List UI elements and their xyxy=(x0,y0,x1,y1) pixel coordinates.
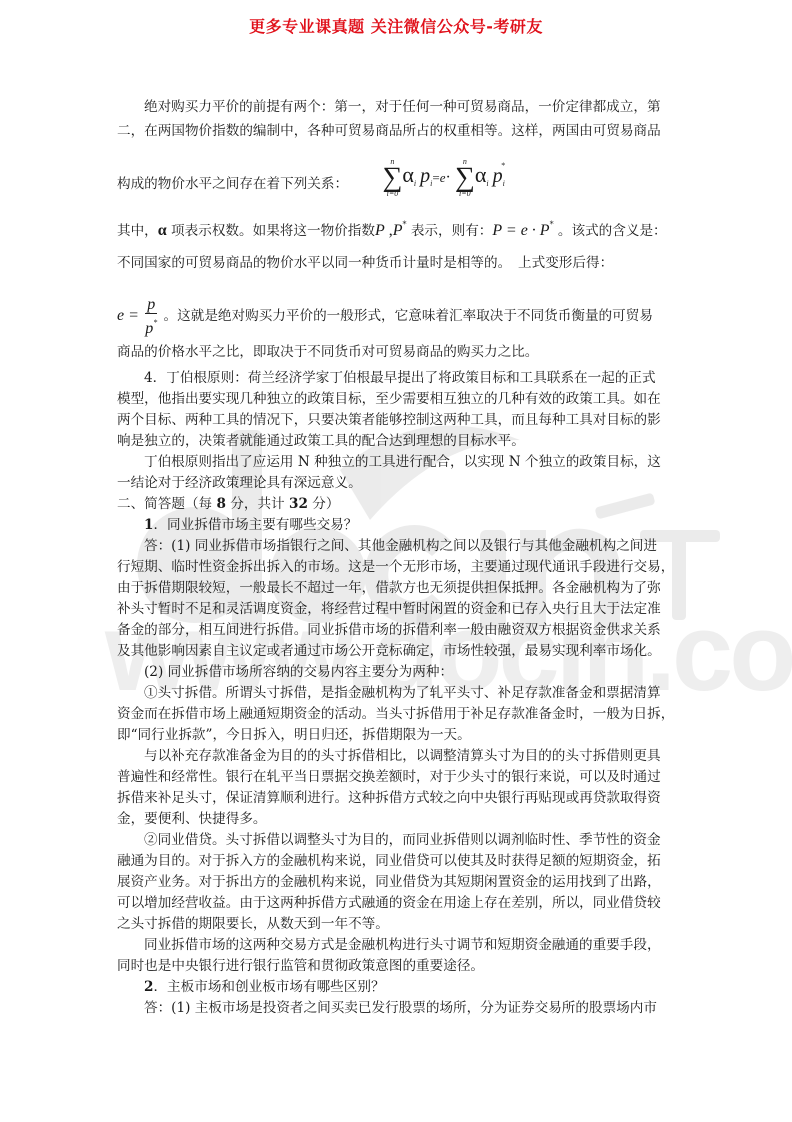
paragraph-line: 响是独立的，决策者就能通过政策工具的配合达到理想的目标水平。 xyxy=(117,432,525,450)
paragraph-line: 不同国家的可贸易商品的物价水平以同一种货币计量时是相等的。 上式变形后得： xyxy=(117,254,613,272)
paragraph-line: 一结论对于经济政策理论具有深远意义。 xyxy=(117,474,362,492)
paragraph-line: 模型，他指出要实现几种独立的政策目标，至少需要相互独立的几种有效的政策工具。如在 xyxy=(117,390,661,408)
paragraph-line: 商品的价格水平之比，即取决于不同货币对可贸易商品的购买力之比。 xyxy=(117,343,538,361)
paragraph-line: 4．丁伯根原则：荷兰经济学家丁伯根最早提出了将政策目标和工具联系在一起的正式 xyxy=(117,369,656,387)
paragraph-line: 答：(1) 同业拆借市场指银行之间、其他金融机构之间以及银行与其他金融机构之间进 xyxy=(117,537,657,555)
paragraph-line: 即“同行业拆款”，今日拆入，明日归还，拆借期限为一天。 xyxy=(117,726,471,744)
paragraph-line: 答：(1) 主板市场是投资者之间买卖已发行股票的场所，分为证券交易所的股票场内市 xyxy=(117,999,657,1017)
paragraph-line: 二，在两国物价指数的编制中，各种可贸易商品所占的权重相等。这样，两国由可贸易商品 xyxy=(117,122,661,140)
paragraph-line: 拆借来补足头寸，保证清算顺利进行。这种拆借方式较之向中央银行再贴现或再贷款取得资 xyxy=(117,789,661,807)
section-heading: 二、简答题（每 8 分，共计 32 分） xyxy=(117,495,339,513)
promo-banner: 更多专业课真题 关注微信公众号-考研友 xyxy=(0,14,792,37)
paragraph-line: 展资产业务。对于拆出方的金融机构来说，同业借贷为其短期闲置资金的运用找到了出路， xyxy=(117,873,661,891)
fraction: p p* xyxy=(145,296,157,337)
paragraph-line: 绝对购买力平价的前提有两个：第一，对于任何一种可贸易商品，一价定律都成立，第 xyxy=(117,98,661,116)
ppp-summation-formula: n ∑ i=0 αi pi=e· n ∑ i=0 αi pi* xyxy=(382,169,508,186)
paragraph-line: 融通为目的。对于拆入方的金融机构来说，同业借贷可以使其及时获得足额的短期资金，拓 xyxy=(117,852,661,870)
formula-line: e = p p* 。这就是绝对购买力平价的一般形式，它意味着汇率取决于不同货币衡… xyxy=(117,296,653,336)
question-heading: 1．同业拆借市场主要有哪些交易？ xyxy=(117,516,357,534)
paragraph-line: 普遍性和经常性。银行在轧平当日票据交换差额时，对于少头寸的银行来说，可以及时通过 xyxy=(117,768,661,786)
paragraph-line: 及其他影响因素自主议定或者通过市场公开竞标确定，市场性较强，最易实现利率市场化。 xyxy=(117,642,661,660)
paragraph-line: (2) 同业拆借市场所容纳的交易内容主要分为两种： xyxy=(117,663,453,681)
paragraph-line: 补头寸暂时不足和灵活调度资金，将经营过程中暂时闲置的资金和已存入央行且大于法定准 xyxy=(117,600,661,618)
paragraph-line: 资金而在拆借市场上融通短期资金的活动。当头寸拆借用于补足存款准备金时，一般为日拆… xyxy=(117,705,674,723)
paragraph-line: ①头寸拆借。所谓头寸拆借，是指金融机构为了轧平头寸、补足存款准备金和票据清算 xyxy=(117,684,661,702)
paragraph-line: 行短期、临时性资金拆出拆入的市场。这是一个无形市场，主要通过现代通讯手段进行交易… xyxy=(117,558,674,576)
paragraph-line: 由于拆借期限较短，一般最长不超过一年，借款方也无须提供担保抵押。各金融机构为了弥 xyxy=(117,579,661,597)
summation-symbol: n ∑ i=0 xyxy=(382,158,402,198)
paragraph-line: 其中，α 项表示权数。如果将这一物价指数P ,P* 表示，则有：P = e · … xyxy=(117,216,667,234)
paragraph-line: ②同业借贷。头寸拆借以调整头寸为目的，而同业拆借则以调剂临时性、季节性的资金 xyxy=(117,831,661,849)
summation-symbol: n ∑ i=0 xyxy=(455,158,475,198)
paragraph-text: 构成的物价水平之间存在着下列关系： xyxy=(117,176,348,192)
paragraph-line: 金，要便利、快捷得多。 xyxy=(117,810,267,828)
paragraph-line: 之头寸拆借的期限要长，从数天到一年不等。 xyxy=(117,915,389,933)
formula-line: 构成的物价水平之间存在着下列关系： n ∑ i=0 αi pi=e· n ∑ i… xyxy=(117,160,509,196)
question-heading: 2．主板市场和创业板市场有哪些区别？ xyxy=(117,978,385,996)
paragraph-line: 可以增加经营收益。由于这两种拆借方式融通的资金在用途上存在差别，所以，同业借贷较 xyxy=(117,894,661,912)
paragraph-line: 丁伯根原则指出了应运用 N 种独立的工具进行配合，以实现 N 个独立的政策目标，… xyxy=(117,453,661,471)
paragraph-line: 与以补充存款准备金为目的的头寸拆借相比，以调整清算头寸为目的的头寸拆借则更具 xyxy=(117,747,661,765)
paragraph-line: 同时也是中央银行进行银行监管和贯彻政策意图的重要途径。 xyxy=(117,957,484,975)
paragraph-line: 同业拆借市场的这两种交易方式是金融机构进行头寸调节和短期资金融通的重要手段， xyxy=(117,936,661,954)
paragraph-line: 备金的部分，相互间进行拆借。同业拆借市场的拆借利率一般由融资双方根据资金供求关系 xyxy=(117,621,661,639)
paragraph-line: 两个目标、两种工具的情况下，只要决策者能够控制这两种工具，而且每种工具对目标的影 xyxy=(117,411,661,429)
